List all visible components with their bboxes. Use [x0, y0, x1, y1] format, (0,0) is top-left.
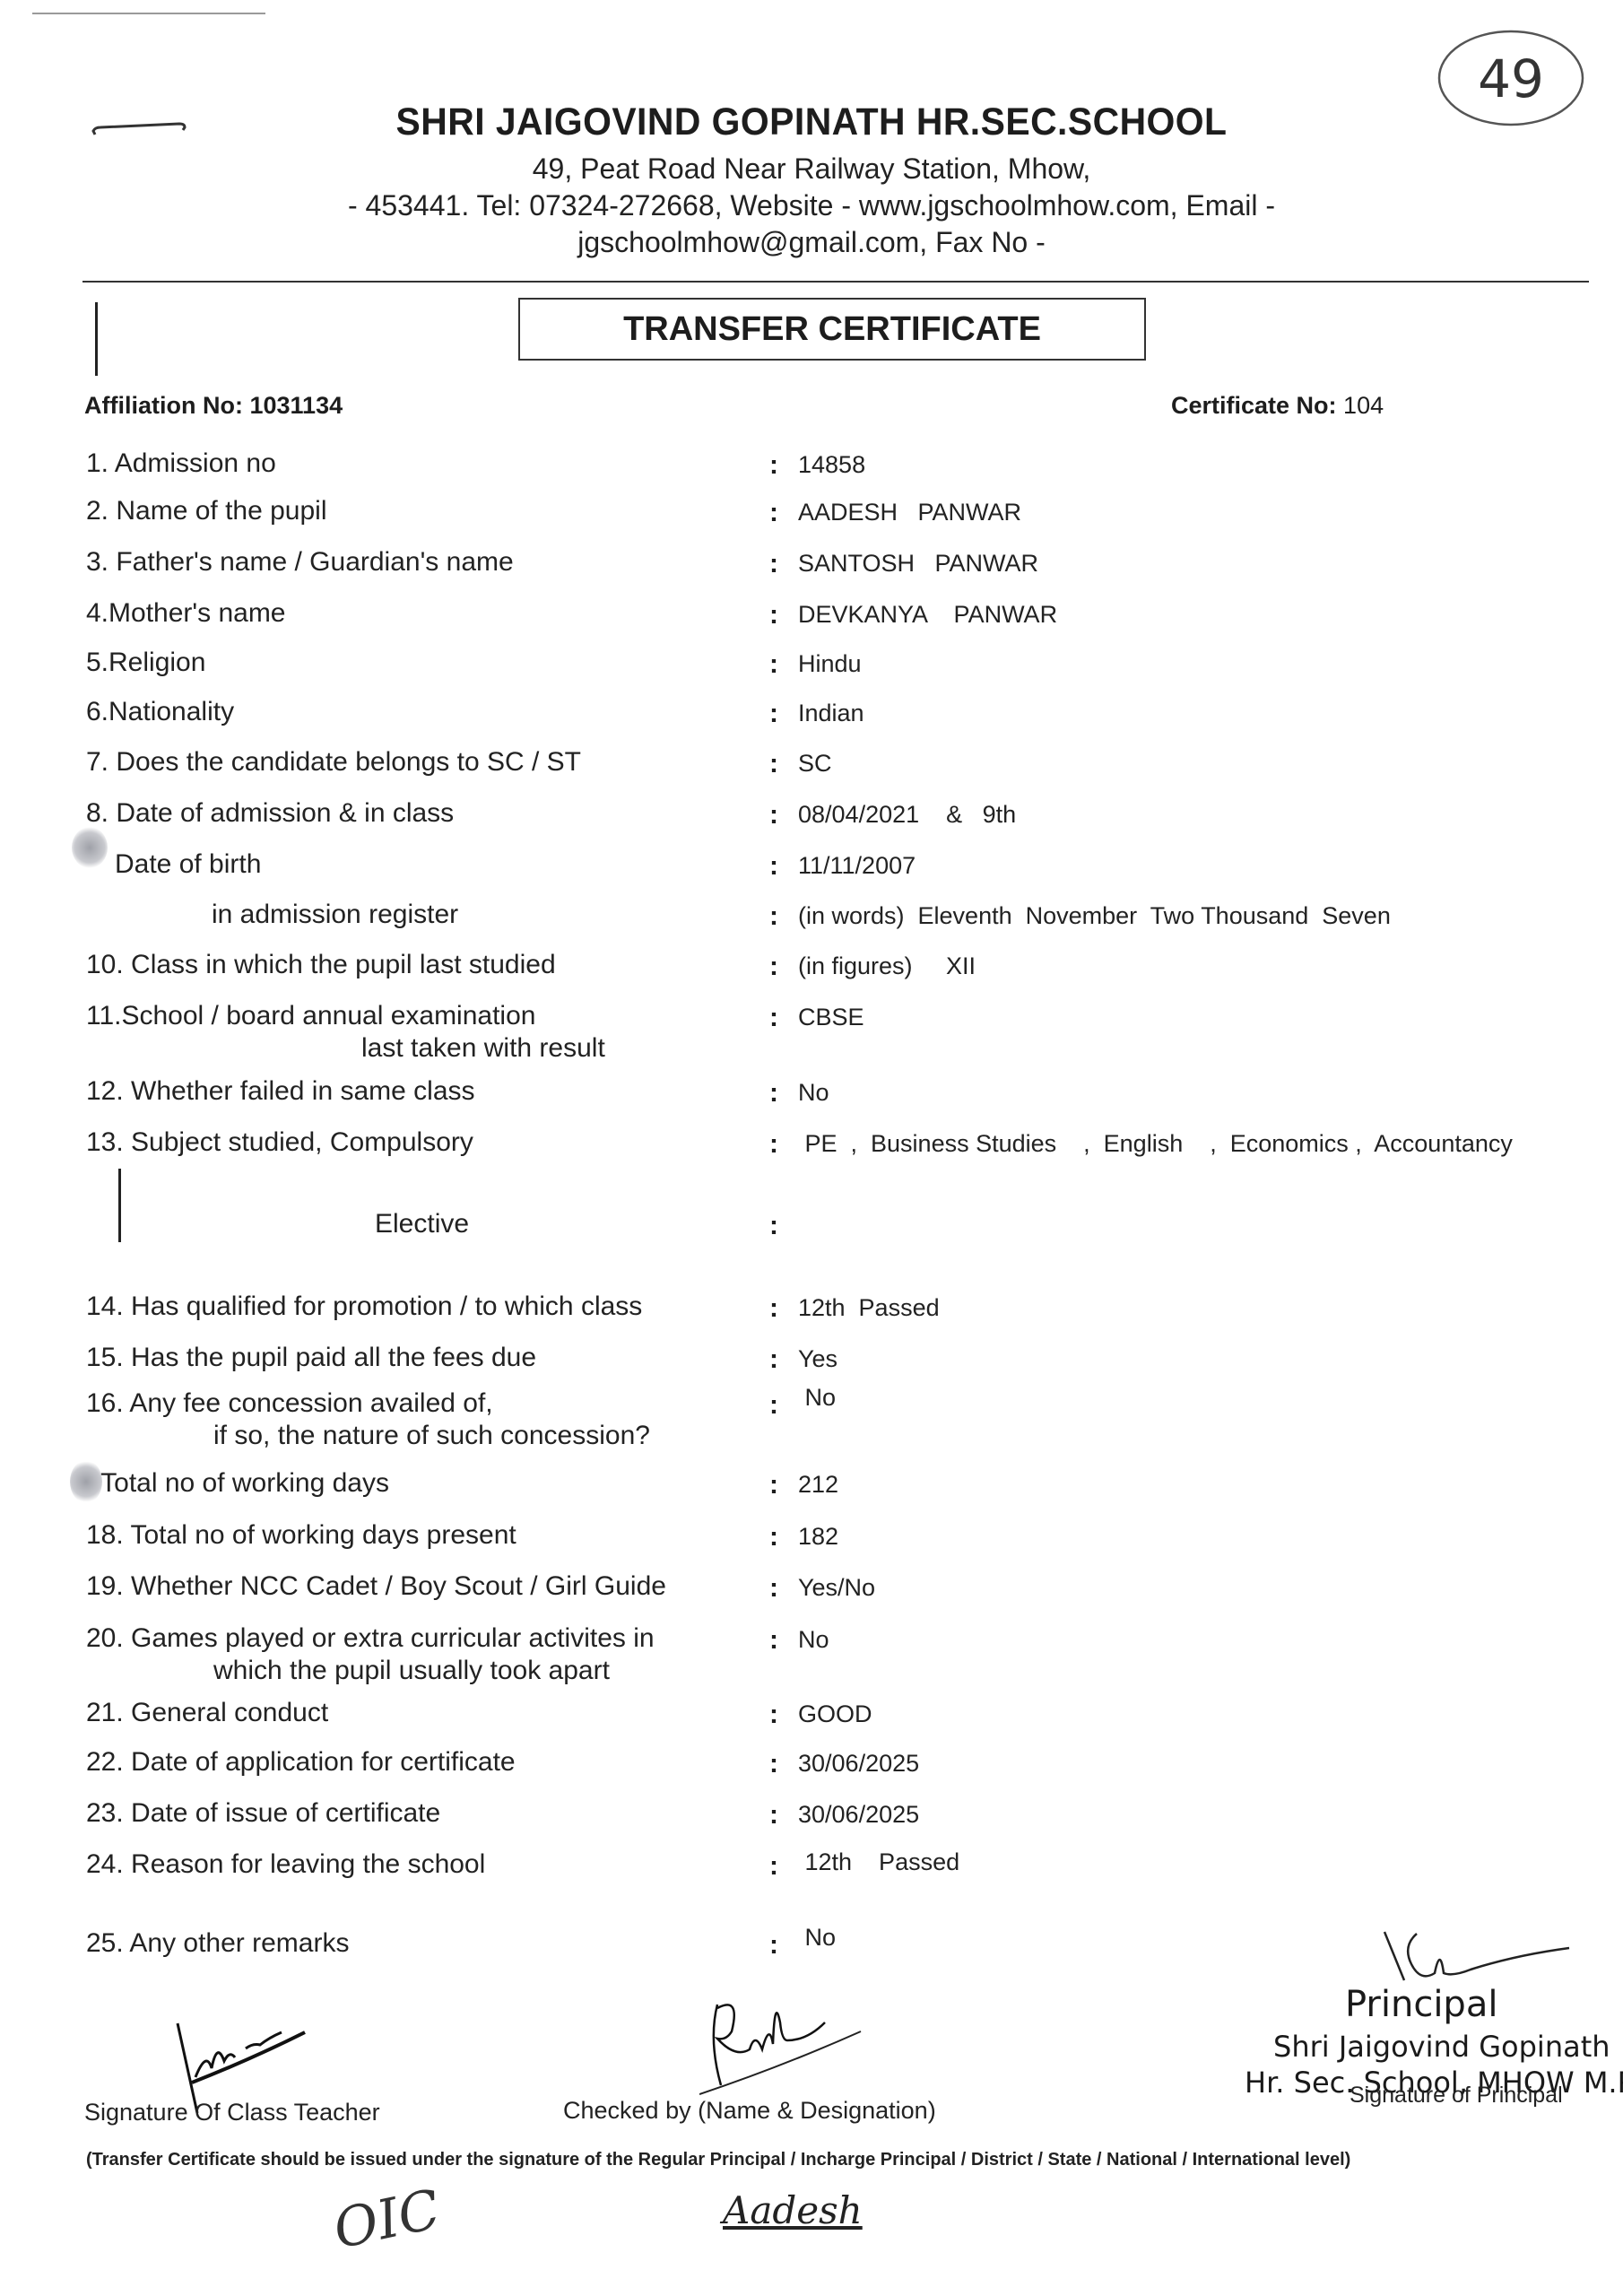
field-value: SC — [798, 750, 832, 778]
field-separator: : — [769, 1749, 778, 1779]
certificate-title: TRANSFER CERTIFICATE — [518, 298, 1146, 361]
field-value: No — [798, 1079, 829, 1107]
field-value: No — [798, 1384, 836, 1412]
field-separator: : — [769, 1700, 778, 1730]
field-separator: : — [769, 1470, 778, 1500]
principal-stamp-title: Principal — [1345, 1984, 1497, 2025]
field-value: Hindu — [798, 650, 862, 678]
field-value: Yes — [798, 1345, 838, 1373]
field-label: Date of birth — [115, 849, 261, 880]
field-separator: : — [769, 1390, 778, 1421]
certificate-number: Certificate No: 104 — [1171, 392, 1384, 420]
principal-signature — [1381, 1928, 1587, 1991]
field-separator: : — [769, 800, 778, 831]
field-separator: : — [769, 498, 778, 528]
field-label: 19. Whether NCC Cadet / Boy Scout / Girl… — [86, 1571, 666, 1602]
field-label: 25. Any other remarks — [86, 1928, 349, 1959]
field-separator: : — [769, 1293, 778, 1324]
field-label: 4.Mother's name — [86, 598, 286, 629]
field-label: 14. Has qualified for promotion / to whi… — [86, 1291, 642, 1322]
field-value: Indian — [798, 700, 864, 727]
field-label: 24. Reason for leaving the school — [86, 1849, 485, 1880]
field-value: SANTOSH PANWAR — [798, 550, 1038, 578]
field-label: 8. Date of admission & in class — [86, 798, 454, 829]
field-label: in admission register — [212, 900, 458, 930]
school-address-line-2: - 453441. Tel: 07324-272668, Website - w… — [0, 189, 1623, 222]
field-label: 12. Whether failed in same class — [86, 1076, 475, 1107]
field-label: 18. Total no of working days present — [86, 1520, 516, 1551]
field-value: 30/06/2025 — [798, 1750, 919, 1778]
field-value: 12th Passed — [798, 1848, 959, 1876]
field-label: 3. Father's name / Guardian's name — [86, 547, 514, 578]
field-label: 20. Games played or extra curricular act… — [86, 1623, 655, 1654]
class-teacher-signature-label: Signature Of Class Teacher — [84, 2099, 380, 2126]
field-label-continued: which the pupil usually took apart — [213, 1656, 610, 1686]
field-value: (in words) Eleventh November Two Thousan… — [798, 902, 1391, 930]
field-separator: : — [769, 600, 778, 631]
field-value: DEVKANYA PANWAR — [798, 601, 1057, 629]
affiliation-number: Affiliation No: 1031134 — [84, 392, 343, 420]
field-value: Yes/No — [798, 1574, 875, 1602]
field-value: 30/06/2025 — [798, 1801, 919, 1829]
field-label: 1. Admission no — [86, 448, 276, 479]
student-signature: Aadesh — [723, 2188, 863, 2232]
principal-signature-label: Signature of Principal — [1350, 2083, 1563, 2109]
field-value: (in figures) XII — [798, 952, 976, 980]
field-separator: : — [769, 1800, 778, 1831]
principal-stamp-school: Shri Jaigovind Gopinath — [1273, 2030, 1610, 2064]
field-label: 16. Any fee concession availed of, — [86, 1388, 493, 1419]
field-label: 23. Date of issue of certificate — [86, 1798, 440, 1829]
scan-smudge — [70, 1460, 102, 1503]
field-label: 21. General conduct — [86, 1698, 328, 1728]
field-separator: : — [769, 901, 778, 932]
field-separator: : — [769, 1344, 778, 1375]
certificate-value: 104 — [1343, 392, 1384, 419]
field-value: 14858 — [798, 451, 865, 479]
field-separator: : — [769, 952, 778, 982]
field-label: 15. Has the pupil paid all the fees due — [86, 1343, 536, 1373]
field-separator: : — [769, 1625, 778, 1656]
field-separator: : — [769, 749, 778, 779]
school-address-line-1: 49, Peat Road Near Railway Station, Mhow… — [0, 152, 1623, 186]
field-separator: : — [769, 1851, 778, 1882]
school-address-line-3: jgschoolmhow@gmail.com, Fax No - — [0, 226, 1623, 259]
field-value: 212 — [798, 1471, 838, 1499]
school-name: SHRI JAIGOVIND GOPINATH HR.SEC.SCHOOL — [40, 100, 1583, 144]
field-label: 22. Date of application for certificate — [86, 1747, 516, 1778]
margin-pen-mark — [95, 302, 98, 376]
field-label: 13. Subject studied, Compulsory — [86, 1127, 473, 1158]
field-label: 2. Name of the pupil — [86, 496, 327, 526]
field-value: 12th Passed — [798, 1294, 940, 1322]
field-separator: : — [769, 1522, 778, 1552]
field-value: 11/11/2007 — [798, 852, 916, 880]
header-divider — [82, 281, 1589, 283]
field-value: No — [798, 1924, 836, 1952]
scan-smudge — [72, 827, 108, 868]
margin-pen-mark — [118, 1169, 121, 1242]
certificate-label: Certificate No: — [1171, 392, 1337, 419]
affiliation-label: Affiliation No: — [84, 392, 243, 419]
field-separator: : — [769, 1129, 778, 1160]
field-separator: : — [769, 1003, 778, 1033]
oic-handwritten: OIC — [328, 2178, 446, 2261]
field-label: 5.Religion — [86, 648, 205, 678]
field-value: GOOD — [798, 1700, 872, 1728]
field-value: No — [798, 1626, 829, 1654]
field-separator: : — [769, 649, 778, 680]
checked-by-label: Checked by (Name & Designation) — [563, 2097, 936, 2125]
field-label: 7. Does the candidate belongs to SC / ST — [86, 747, 581, 778]
field-separator: : — [769, 1573, 778, 1604]
field-label: Elective — [375, 1209, 469, 1239]
field-separator: : — [769, 699, 778, 729]
field-label: 10. Class in which the pupil last studie… — [86, 950, 556, 980]
field-value: 182 — [798, 1523, 838, 1551]
field-separator: : — [769, 450, 778, 481]
field-label: 6.Nationality — [86, 697, 234, 727]
field-separator: : — [769, 549, 778, 579]
scan-edge-line — [32, 13, 265, 14]
field-separator: : — [769, 1211, 778, 1241]
field-value: AADESH PANWAR — [798, 499, 1021, 526]
field-label: . Total no of working days — [86, 1468, 389, 1499]
field-separator: : — [769, 1930, 778, 1961]
field-label-continued: if so, the nature of such concession? — [213, 1421, 650, 1451]
field-separator: : — [769, 851, 778, 882]
field-value: 08/04/2021 & 9th — [798, 801, 1016, 829]
affiliation-value: 1031134 — [249, 392, 343, 419]
field-separator: : — [769, 1078, 778, 1109]
field-label: 11.School / board annual examination — [86, 1001, 535, 1031]
field-value: CBSE — [798, 1004, 864, 1031]
field-value: PE , Business Studies , English , Econom… — [798, 1130, 1513, 1158]
checked-by-signature — [699, 1987, 879, 2112]
footnote: (Transfer Certificate should be issued u… — [86, 2150, 1350, 2170]
field-label-continued: last taken with result — [361, 1033, 605, 1064]
